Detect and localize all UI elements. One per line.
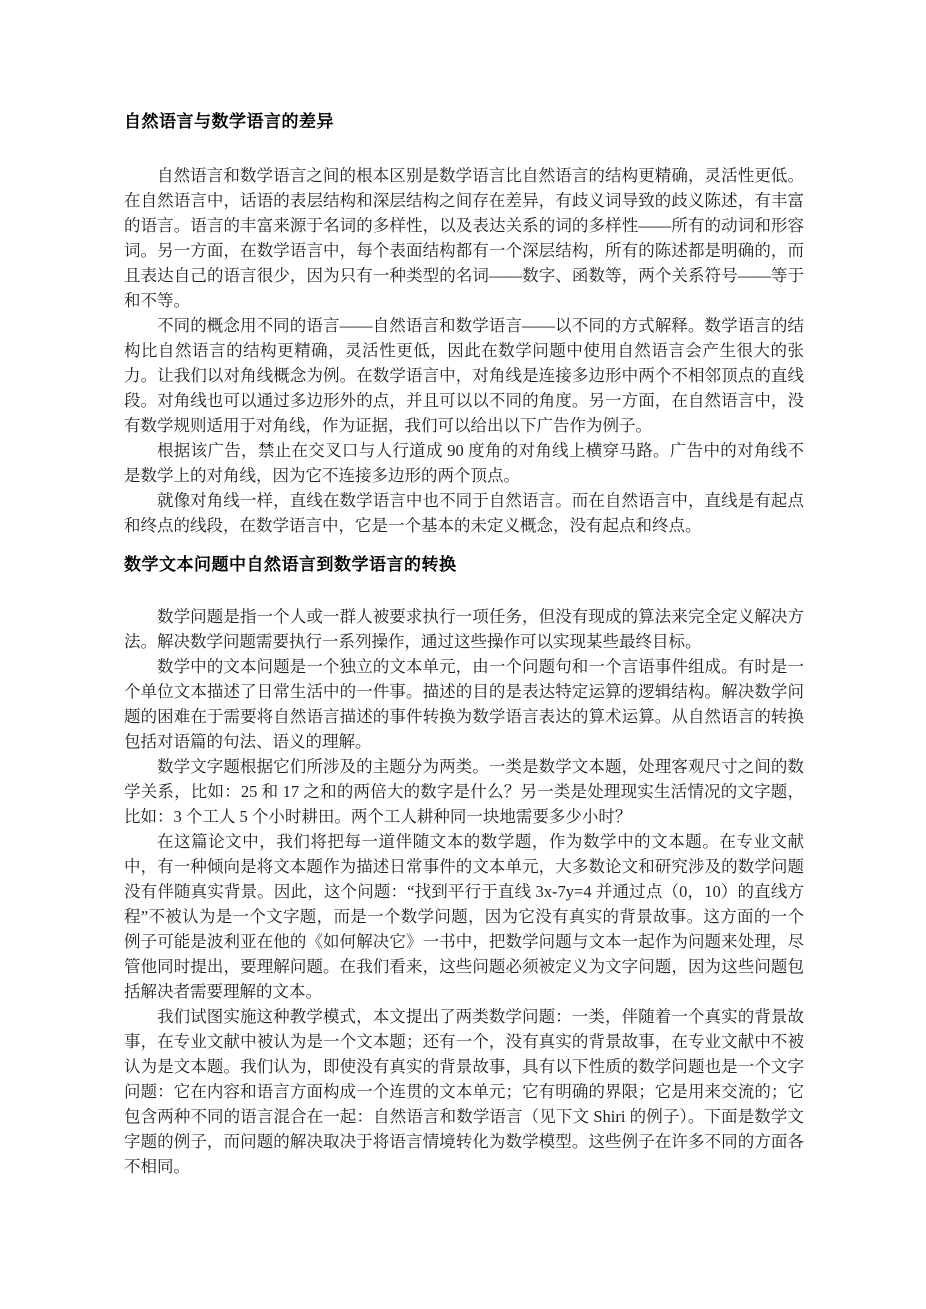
- section-heading-language-differences: 自然语言与数学语言的差异: [124, 109, 804, 134]
- paragraph: 数学问题是指一个人或一群人被要求执行一项任务，但没有现成的算法来完全定义解决方法…: [124, 604, 804, 654]
- paragraph: 不同的概念用不同的语言——自然语言和数学语言——以不同的方式解释。数学语言的结构…: [124, 313, 804, 438]
- paragraph: 我们试图实施这种教学模式，本文提出了两类数学问题：一类，伴随着一个真实的背景故事…: [124, 1004, 804, 1179]
- paragraph: 数学中的文本问题是一个独立的文本单元，由一个问题句和一个言语事件组成。有时是一个…: [124, 654, 804, 754]
- document-page: 自然语言与数学语言的差异 自然语言和数学语言之间的根本区别是数学语言比自然语言的…: [0, 0, 926, 1309]
- paragraph: 自然语言和数学语言之间的根本区别是数学语言比自然语言的结构更精确，灵活性更低。在…: [124, 163, 804, 313]
- paragraph: 根据该广告，禁止在交叉口与人行道成 90 度角的对角线上横穿马路。广告中的对角线…: [124, 438, 804, 488]
- paragraph: 在这篇论文中，我们将把每一道伴随文本的数学题，作为数学中的文本题。在专业文献中，…: [124, 829, 804, 1004]
- document-content: 自然语言与数学语言的差异 自然语言和数学语言之间的根本区别是数学语言比自然语言的…: [124, 109, 804, 1179]
- paragraph: 数学文字题根据它们所涉及的主题分为两类。一类是数学文本题，处理客观尺寸之间的数学…: [124, 754, 804, 829]
- paragraph: 就像对角线一样，直线在数学语言中也不同于自然语言。而在自然语言中，直线是有起点和…: [124, 488, 804, 538]
- section-heading-language-conversion: 数学文本问题中自然语言到数学语言的转换: [124, 552, 804, 577]
